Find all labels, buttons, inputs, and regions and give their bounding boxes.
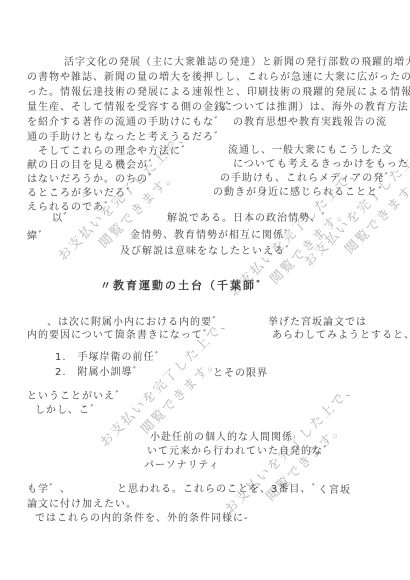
text-line: 通の手助けともなったと考えうるだろ゛ <box>27 132 225 144</box>
text-line: はないだろうか。のちの゛ <box>27 174 159 186</box>
text-line: そしてこれらの理念や方法に゛ <box>38 146 192 158</box>
text-line: も学゛、 <box>27 484 71 496</box>
text-line: 1. 手塚岸衛の前任゛ <box>55 352 166 364</box>
text-line: 、は次に附属小内における内的要゛ <box>47 317 223 329</box>
text-line: 緯゛ <box>27 231 49 243</box>
text-line: を紹介する著作の流通の手助けにもな゛ <box>27 117 225 129</box>
text-line: についても考えるきっかけをもったので <box>233 159 410 171</box>
text-line: 及び解説は意味をなしたといえる゛ <box>120 246 296 258</box>
text-line: の動きが身近に感じられることと゛ <box>213 187 389 199</box>
text-line: 活字文化の発展（主に大衆雑誌の発達）と新聞の発行部数の飛躍的増大が、教育関係 <box>64 57 410 69</box>
text-layer: 活字文化の発展（主に大衆雑誌の発達）と新聞の発行部数の飛躍的増大が、教育関係の書… <box>0 0 410 580</box>
text-line: るところが多いだろ゛ <box>27 188 137 200</box>
text-line: 流通し、一般大衆にもこうした文 <box>228 145 393 157</box>
text-line: 2. 附属小訓導゛ <box>55 367 144 379</box>
text-line: 小赴任前の個人的な人間関係 <box>150 432 293 444</box>
text-line: く宮坂 <box>318 485 351 497</box>
text-line: ということがいえ゛ <box>27 391 126 403</box>
text-line: の手助けも、これらメディアの発゛ <box>220 173 395 185</box>
section-heading: 〃教育運動の土台（千葉師゛ <box>100 280 269 292</box>
text-line: ではこれらの内的条件を、外的条件同様に- <box>35 513 249 525</box>
text-line: しかし、こ゛ <box>35 405 101 417</box>
text-line: パーソナリティ <box>144 460 220 472</box>
text-line: 量生産、そして情報を受容する側の金銭゛ <box>27 102 236 114</box>
text-line: については推測）は、海外の教育方法 <box>222 102 409 114</box>
text-line: 金情勢、教育情勢が相互に関係゛ <box>130 230 295 242</box>
text-line: 解説である。日本の政治情勢、゛ <box>167 213 332 225</box>
text-line: った。情報伝達技術の発展による速報性と、印刷技術の飛躍的発展による情報媒体の大 <box>27 87 410 99</box>
text-line: の書物や雑誌、新聞の量の増大を後押しし、これらが急速に大衆に広がったのが大正時代… <box>27 72 410 84</box>
text-line: いて元来から行われていた自発的な゛ <box>147 446 334 458</box>
text-line: 献の日の目を見る機会が゛ <box>27 160 159 172</box>
text-line: 以゛ <box>52 213 74 225</box>
text-line: 挙げた宮坂論文では <box>268 317 367 329</box>
text-line: 論文に付け加えたい。 <box>27 499 137 511</box>
text-line: の教育思想や教育実践報告の流 <box>233 117 387 129</box>
text-line: 内的要因について箇条書きになって゛ <box>27 330 214 342</box>
scanned-document-page: お支払いを完了した上で、閲覧できます。お支払いを完了した上で、閲覧できます。お支… <box>0 0 410 580</box>
text-line: とその限界 <box>213 368 268 380</box>
text-line: あらわしてみようとすると、 <box>272 330 410 342</box>
text-line: と思われる。これらのことを、3番目、゛ <box>117 484 322 496</box>
